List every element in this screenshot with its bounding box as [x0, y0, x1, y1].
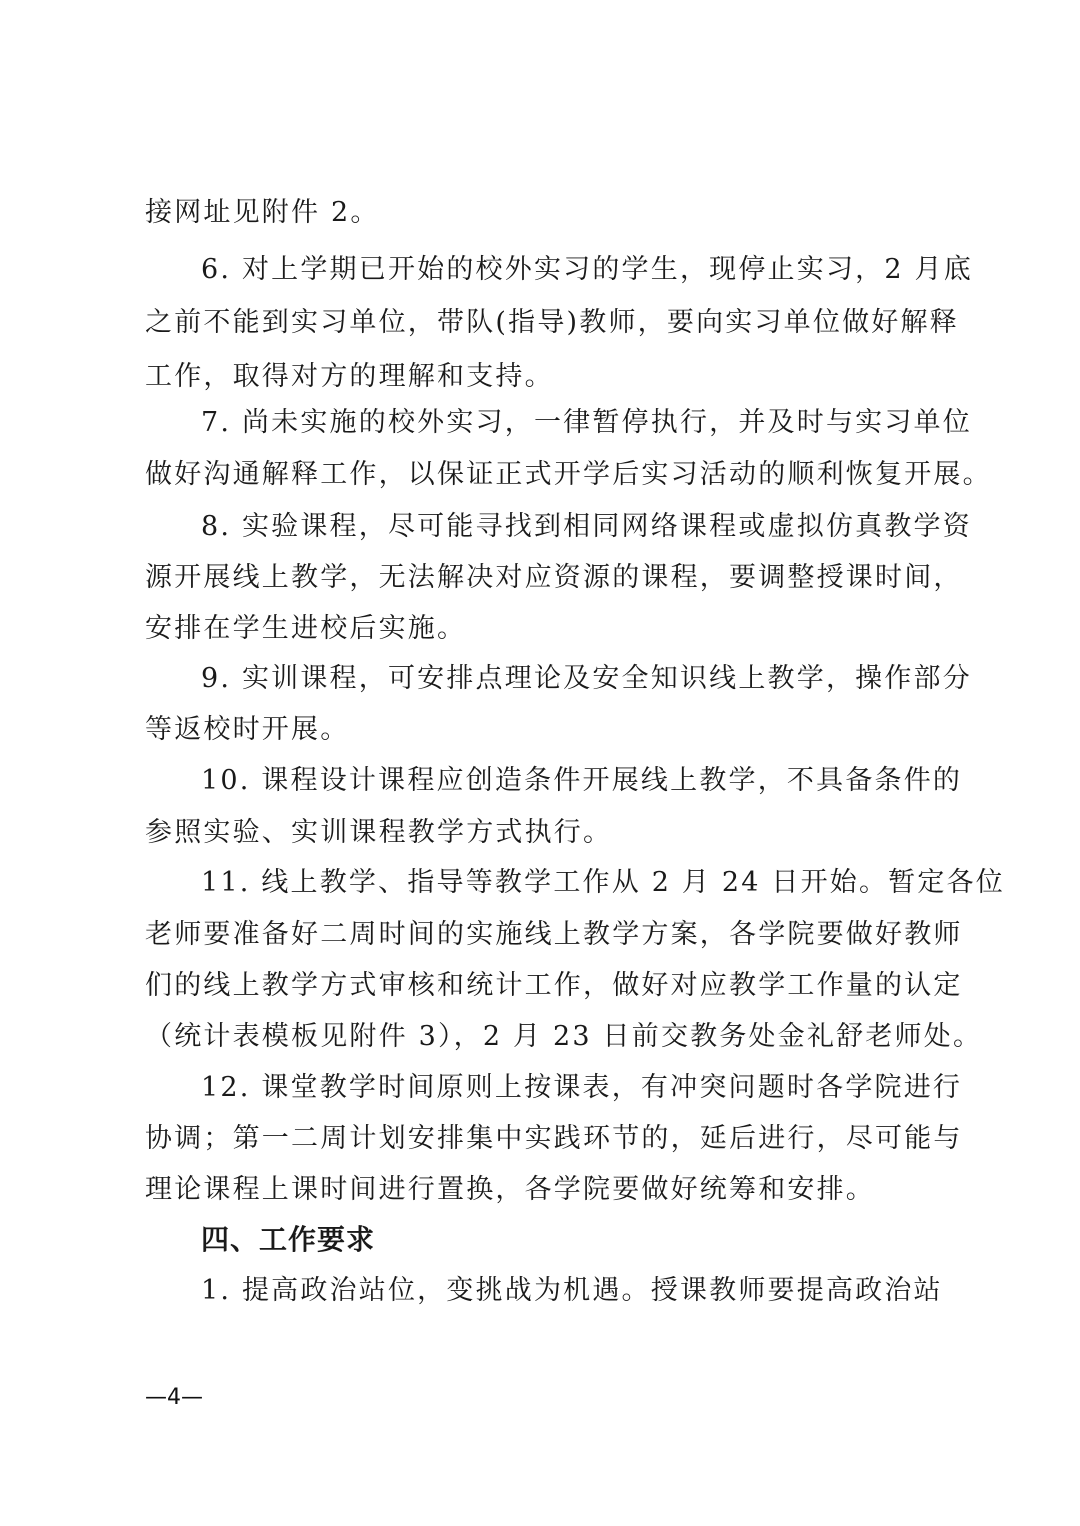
- item-12-line-2: 协调；第一二周计划安排集中实践环节的，延后进行，尽可能与: [145, 1122, 963, 1156]
- item-11-line-1: 11. 线上教学、指导等教学工作从 2 月 24 日开始。暂定各位: [201, 866, 1005, 900]
- item-10-line-2: 参照实验、实训课程教学方式执行。: [145, 816, 612, 850]
- item-6-line-3: 工作，取得对方的理解和支持。: [145, 360, 554, 394]
- item-9-line-2: 等返校时开展。: [145, 713, 349, 747]
- item-8-line-2: 源开展线上教学，无法解决对应资源的课程，要调整授课时间，: [145, 561, 963, 595]
- text-line: 接网址见附件 2。: [145, 196, 380, 230]
- item-7-line-2: 做好沟通解释工作，以保证正式开学后实习活动的顺利恢复开展。: [145, 458, 992, 492]
- item-11-line-2: 老师要准备好二周时间的实施线上教学方案，各学院要做好教师: [145, 918, 963, 952]
- item-10-line-1: 10. 课程设计课程应创造条件开展线上教学，不具备条件的: [201, 764, 962, 798]
- page-number: —4—: [145, 1385, 203, 1410]
- item-9-line-1: 9. 实训课程，可安排点理论及安全知识线上教学，操作部分: [201, 662, 972, 696]
- item-11-line-3: 们的线上教学方式审核和统计工作，做好对应教学工作量的认定: [145, 969, 963, 1003]
- item-12-line-1: 12. 课堂教学时间原则上按课表，有冲突问题时各学院进行: [201, 1071, 962, 1105]
- item-8-line-3: 安排在学生进校后实施。: [145, 612, 466, 646]
- item-12-line-3: 理论课程上课时间进行置换，各学院要做好统筹和安排。: [145, 1173, 875, 1207]
- item-6-line-2: 之前不能到实习单位，带队(指导)教师，要向实习单位做好解释: [145, 306, 959, 340]
- item-11-line-4: （统计表模板见附件 3），2 月 23 日前交教务处金礼舒老师处。: [145, 1020, 982, 1054]
- requirement-1-line-1: 1. 提高政治站位，变挑战为机遇。授课教师要提高政治站: [201, 1274, 943, 1308]
- item-6-line-1: 6. 对上学期已开始的校外实习的学生，现停止实习，2 月底: [201, 253, 973, 287]
- item-8-line-1: 8. 实验课程，尽可能寻找到相同网络课程或虚拟仿真教学资: [201, 510, 972, 544]
- section-heading: 四、工作要求: [201, 1223, 375, 1257]
- item-7-line-1: 7. 尚未实施的校外实习，一律暂停执行，并及时与实习单位: [201, 406, 972, 440]
